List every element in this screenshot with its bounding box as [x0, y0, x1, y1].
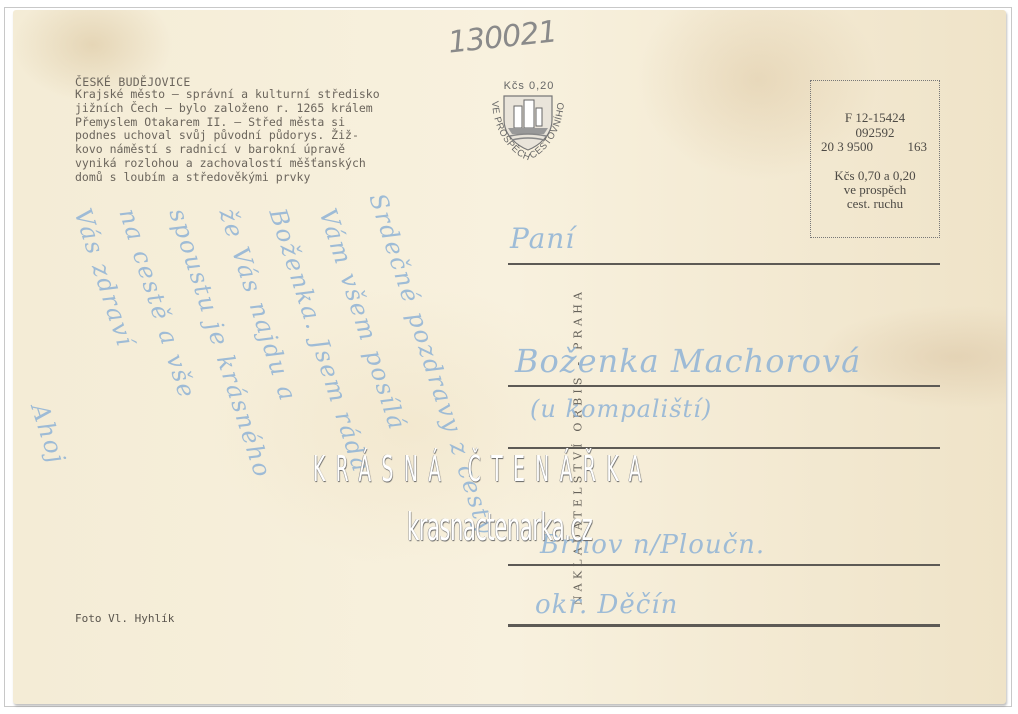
- tax-line-5: ve prospěch: [811, 183, 939, 197]
- address-note: (u kompaliští): [530, 395, 712, 423]
- tax-line-1: F 12-15424: [811, 110, 939, 126]
- photo-credit: Foto Vl. Hyhlík: [75, 612, 174, 625]
- tax-line-3-right: 163: [908, 140, 928, 154]
- tax-line-3-left: 20 3 9500: [821, 140, 873, 154]
- address-line-1: [508, 263, 940, 265]
- address-salutation: Paní: [510, 222, 575, 255]
- address-line-2: [508, 385, 940, 387]
- address-district: okr. Děčín: [535, 590, 678, 620]
- castle-emblem-icon: VE PROSPĚCH CESTOVNÍHO RUCHU: [478, 76, 578, 166]
- address-line-4: [508, 564, 940, 566]
- tax-line-6: cest. ruchu: [811, 197, 939, 211]
- description-text: Krajské město — správní a kulturní střed…: [75, 88, 380, 185]
- watermark-title: KRÁSNÁ ČTENÁŘKA: [313, 449, 652, 490]
- printed-stamp: Kčs 0,20 VE PROSPĚCH CESTOVNÍHO RUCHU: [478, 76, 578, 166]
- watermark-url: krasnactenarka.cz: [407, 505, 592, 549]
- postage-tax-box: F 12-15424 092592 20 3 9500 163 Kčs 0,70…: [810, 80, 940, 238]
- address-name: Boženka Machorová: [515, 342, 861, 380]
- tax-line-2: 092592: [811, 126, 939, 140]
- tax-line-3: 20 3 9500 163: [811, 140, 939, 154]
- address-line-5: [508, 624, 940, 627]
- tax-line-4: Kčs 0,70 a 0,20: [811, 169, 939, 183]
